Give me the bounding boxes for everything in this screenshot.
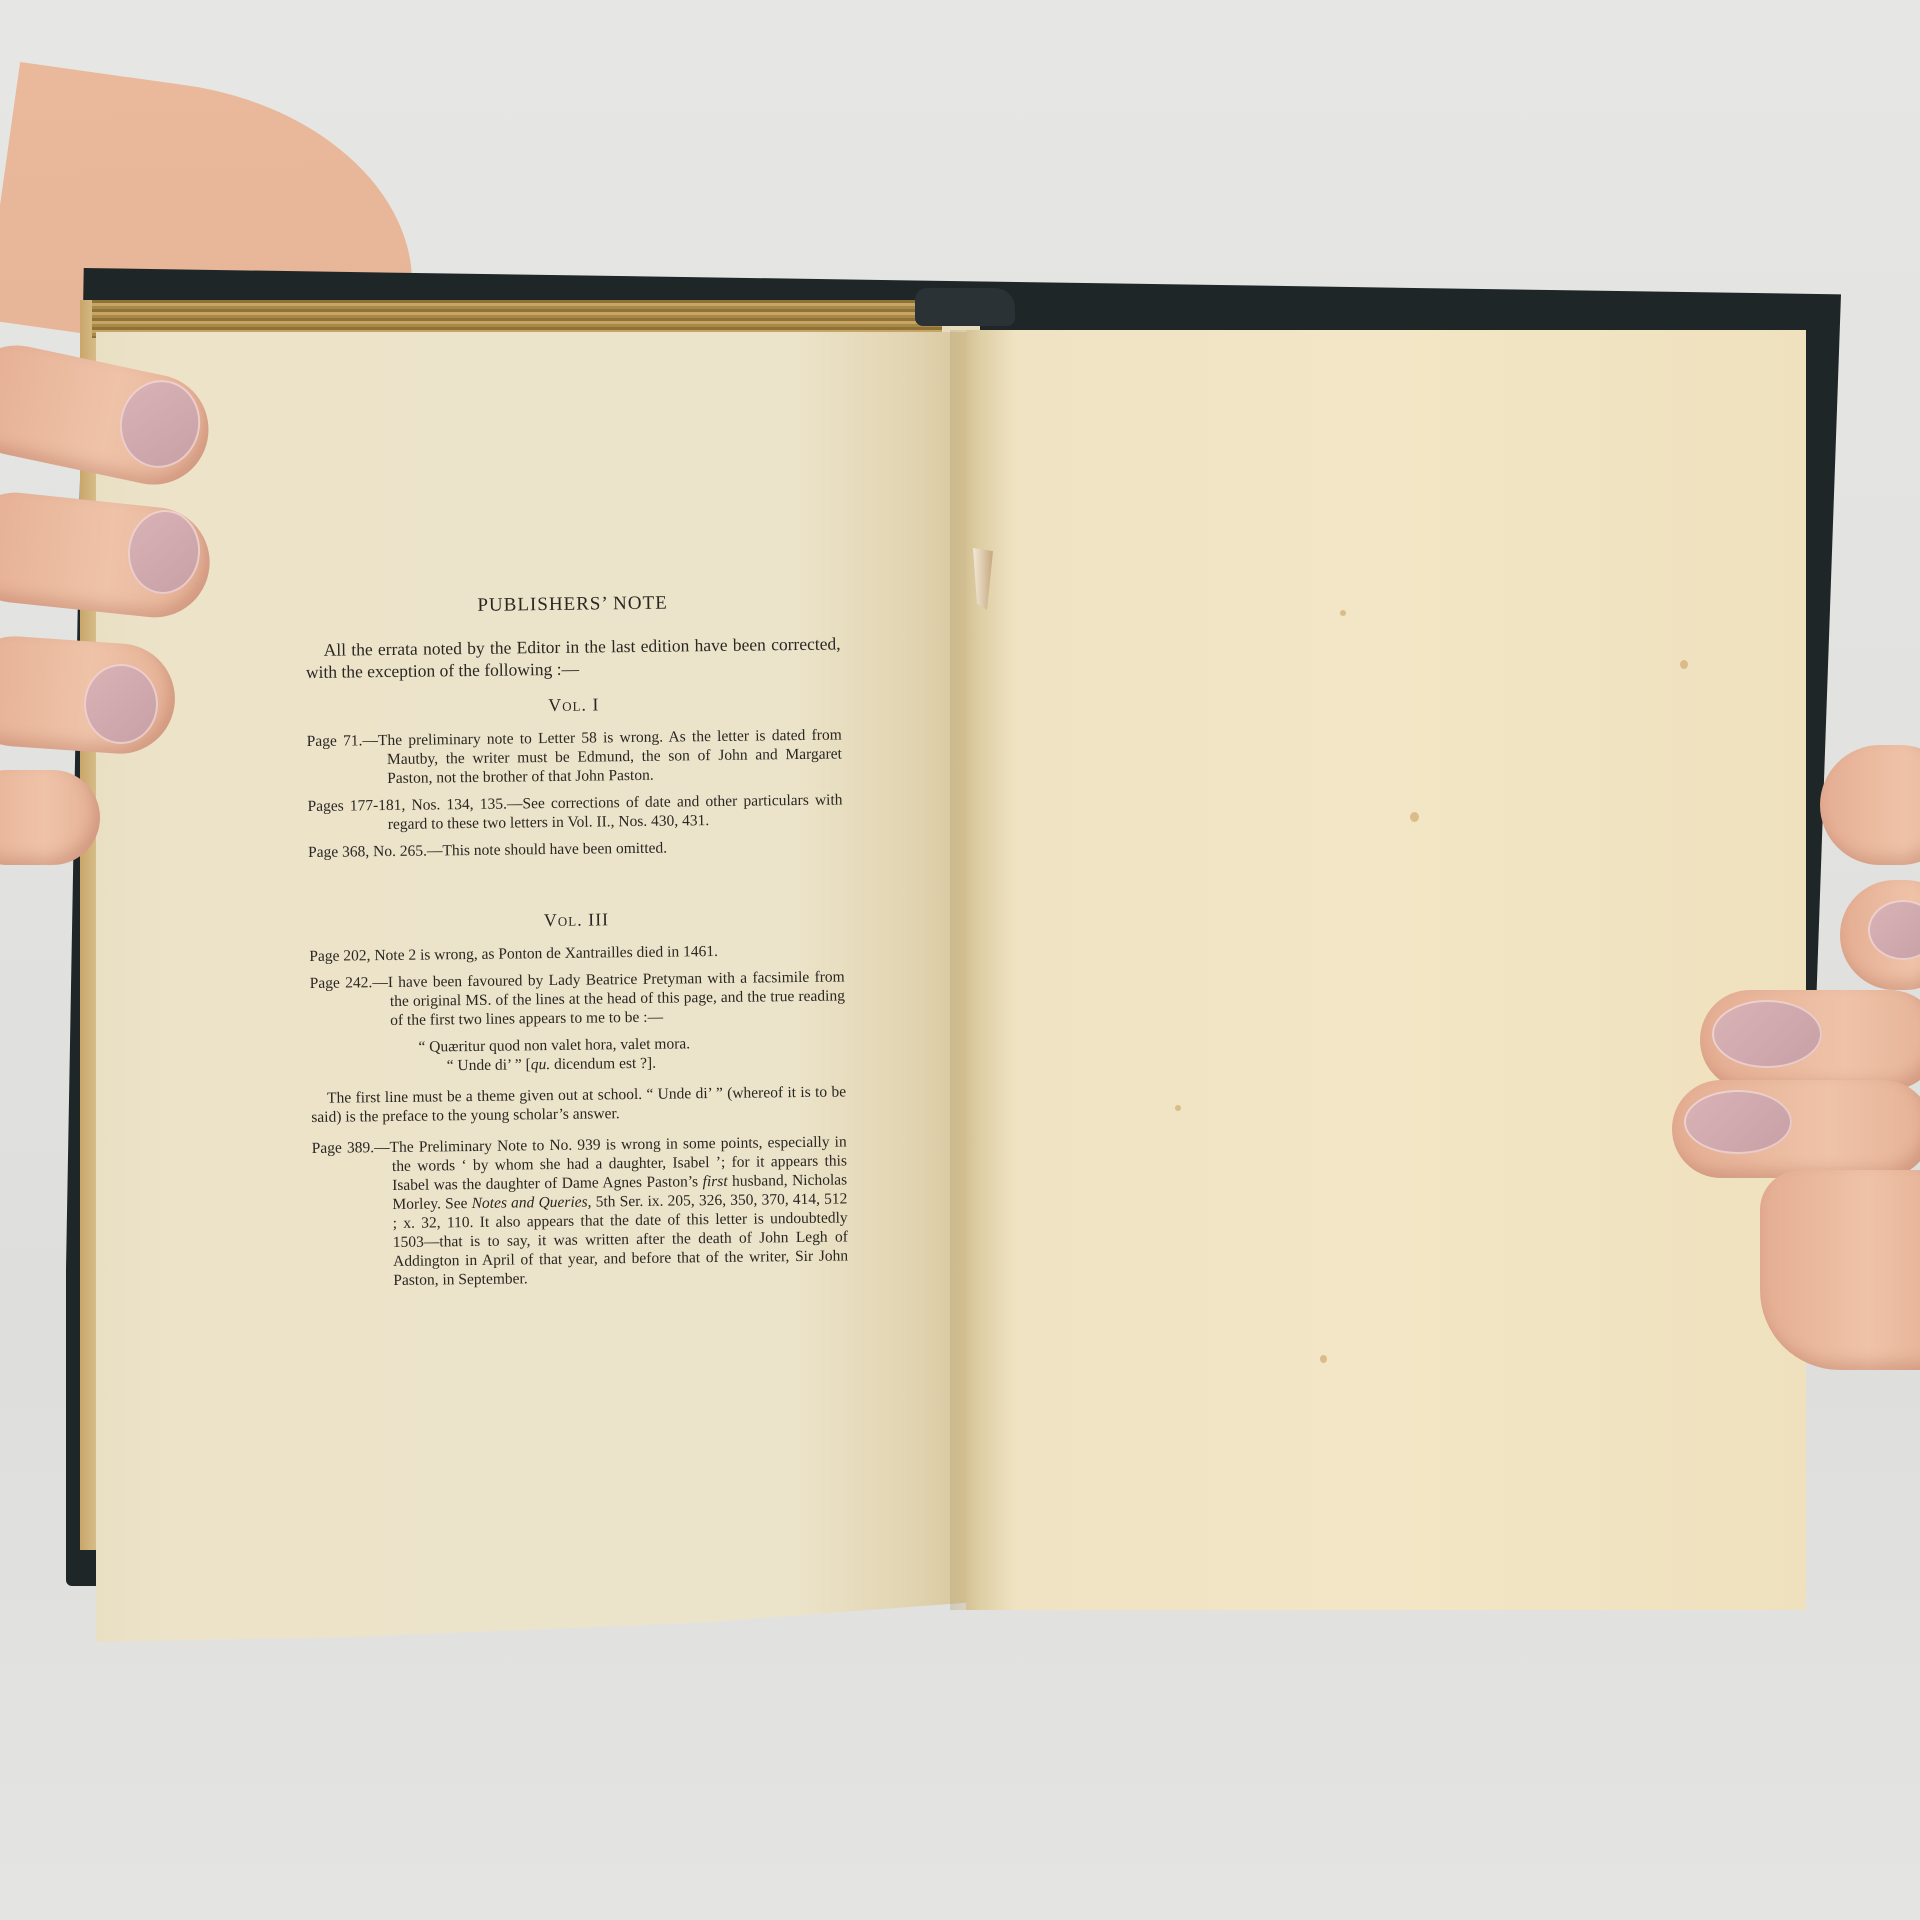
entry-label: Pages 177-181, Nos. 134, 135. xyxy=(307,796,507,815)
entry-text: —The preliminary note to Letter 58 is wr… xyxy=(362,726,842,787)
entry-label: Page 242. xyxy=(310,974,373,992)
errata-entry: Page 202, Note 2 is wrong, as Ponton de … xyxy=(309,940,844,966)
entry-label: Page 71. xyxy=(307,732,363,750)
entry-italic: first xyxy=(702,1173,727,1190)
right-hand-back xyxy=(1820,745,1920,865)
fingernail xyxy=(1712,1000,1822,1068)
right-page xyxy=(966,330,1806,1610)
intro-paragraph: All the errata noted by the Editor in th… xyxy=(306,632,841,683)
foxing-spot xyxy=(1175,1105,1181,1111)
right-palm xyxy=(1760,1170,1920,1370)
publishers-note: PUBLISHERS’ NOTE All the errata noted by… xyxy=(305,591,849,1298)
foxing-spot xyxy=(1340,610,1346,616)
errata-entry: Page 389.—The Preliminary Note to No. 93… xyxy=(312,1132,849,1291)
entry-label: Page 202, xyxy=(309,947,370,965)
section-heading-vol-1: Vol. I xyxy=(306,692,841,718)
entry-text: —I have been favoured by Lady Beatrice P… xyxy=(372,968,845,1029)
fingernail xyxy=(84,664,158,744)
foxing-spot xyxy=(1680,660,1688,669)
quote-text: “ Unde di’ ” [ xyxy=(447,1056,531,1074)
quote-text: dicendum est ?]. xyxy=(550,1055,656,1073)
quote-italic: qu. xyxy=(531,1056,551,1073)
entry-text: —This note should have been omitted. xyxy=(427,840,667,860)
errata-entry: Page 71.—The preliminary note to Letter … xyxy=(307,725,843,789)
foxing-spot xyxy=(1410,812,1419,822)
left-little-finger xyxy=(0,770,100,865)
entry-italic: Notes and Queries xyxy=(472,1194,588,1212)
errata-entry: Page 242.—I have been favoured by Lady B… xyxy=(310,967,846,1031)
spine-headcap xyxy=(915,288,1015,326)
entry-label: Page 368, No. 265. xyxy=(308,843,427,861)
foxing-spot xyxy=(1320,1355,1327,1363)
entry-label: Page 389. xyxy=(312,1139,375,1157)
entry-text: Note 2 is wrong, as Ponton de Xantraille… xyxy=(370,943,718,964)
explanation-paragraph: The first line must be a theme given out… xyxy=(311,1082,846,1127)
gutter-shadow xyxy=(950,330,1010,1610)
fingernail xyxy=(1684,1090,1792,1154)
errata-entry: Page 368, No. 265.—This note should have… xyxy=(308,836,843,862)
errata-entry: Pages 177-181, Nos. 134, 135.—See correc… xyxy=(307,790,842,835)
